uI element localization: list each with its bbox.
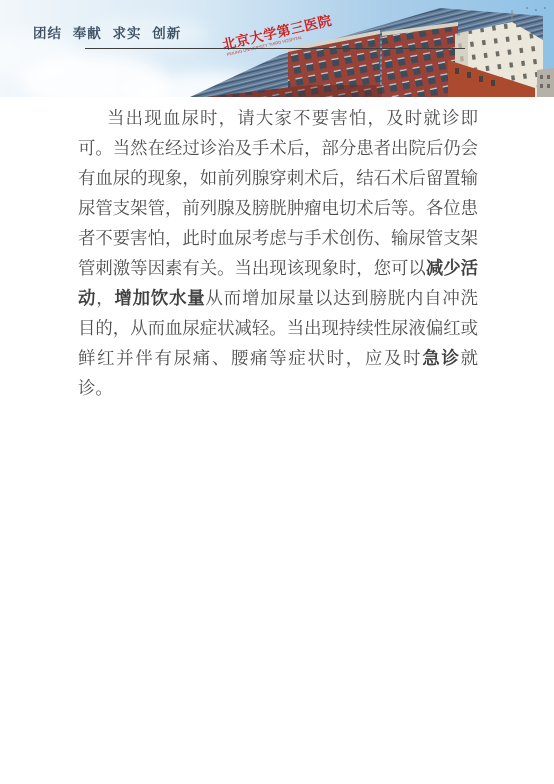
document-page: 北京大学第三医院 PEKING UNIVERSITY THIRD HOSPITA… (0, 0, 554, 784)
paragraph-text: ， (96, 288, 114, 308)
emphasis-text: 急诊 (422, 348, 460, 368)
emphasis-text: 增加饮水量 (114, 288, 205, 308)
hospital-motto: 团结 奉献 求实 创新 (33, 22, 181, 42)
right-brick-block (382, 26, 458, 97)
hospital-photo-banner: 北京大学第三医院 PEKING UNIVERSITY THIRD HOSPITA… (0, 0, 554, 97)
gray-tower (537, 68, 554, 97)
body-paragraph: 当出现血尿时，请大家不要害怕，及时就诊即可。当然在经过诊治及手术后，部分患者出院… (78, 103, 478, 403)
motto-underline-rule (85, 48, 465, 49)
paragraph-text: 当出现血尿时，请大家不要害怕，及时就诊即可。当然在经过诊治及手术后，部分患者出院… (78, 108, 478, 278)
